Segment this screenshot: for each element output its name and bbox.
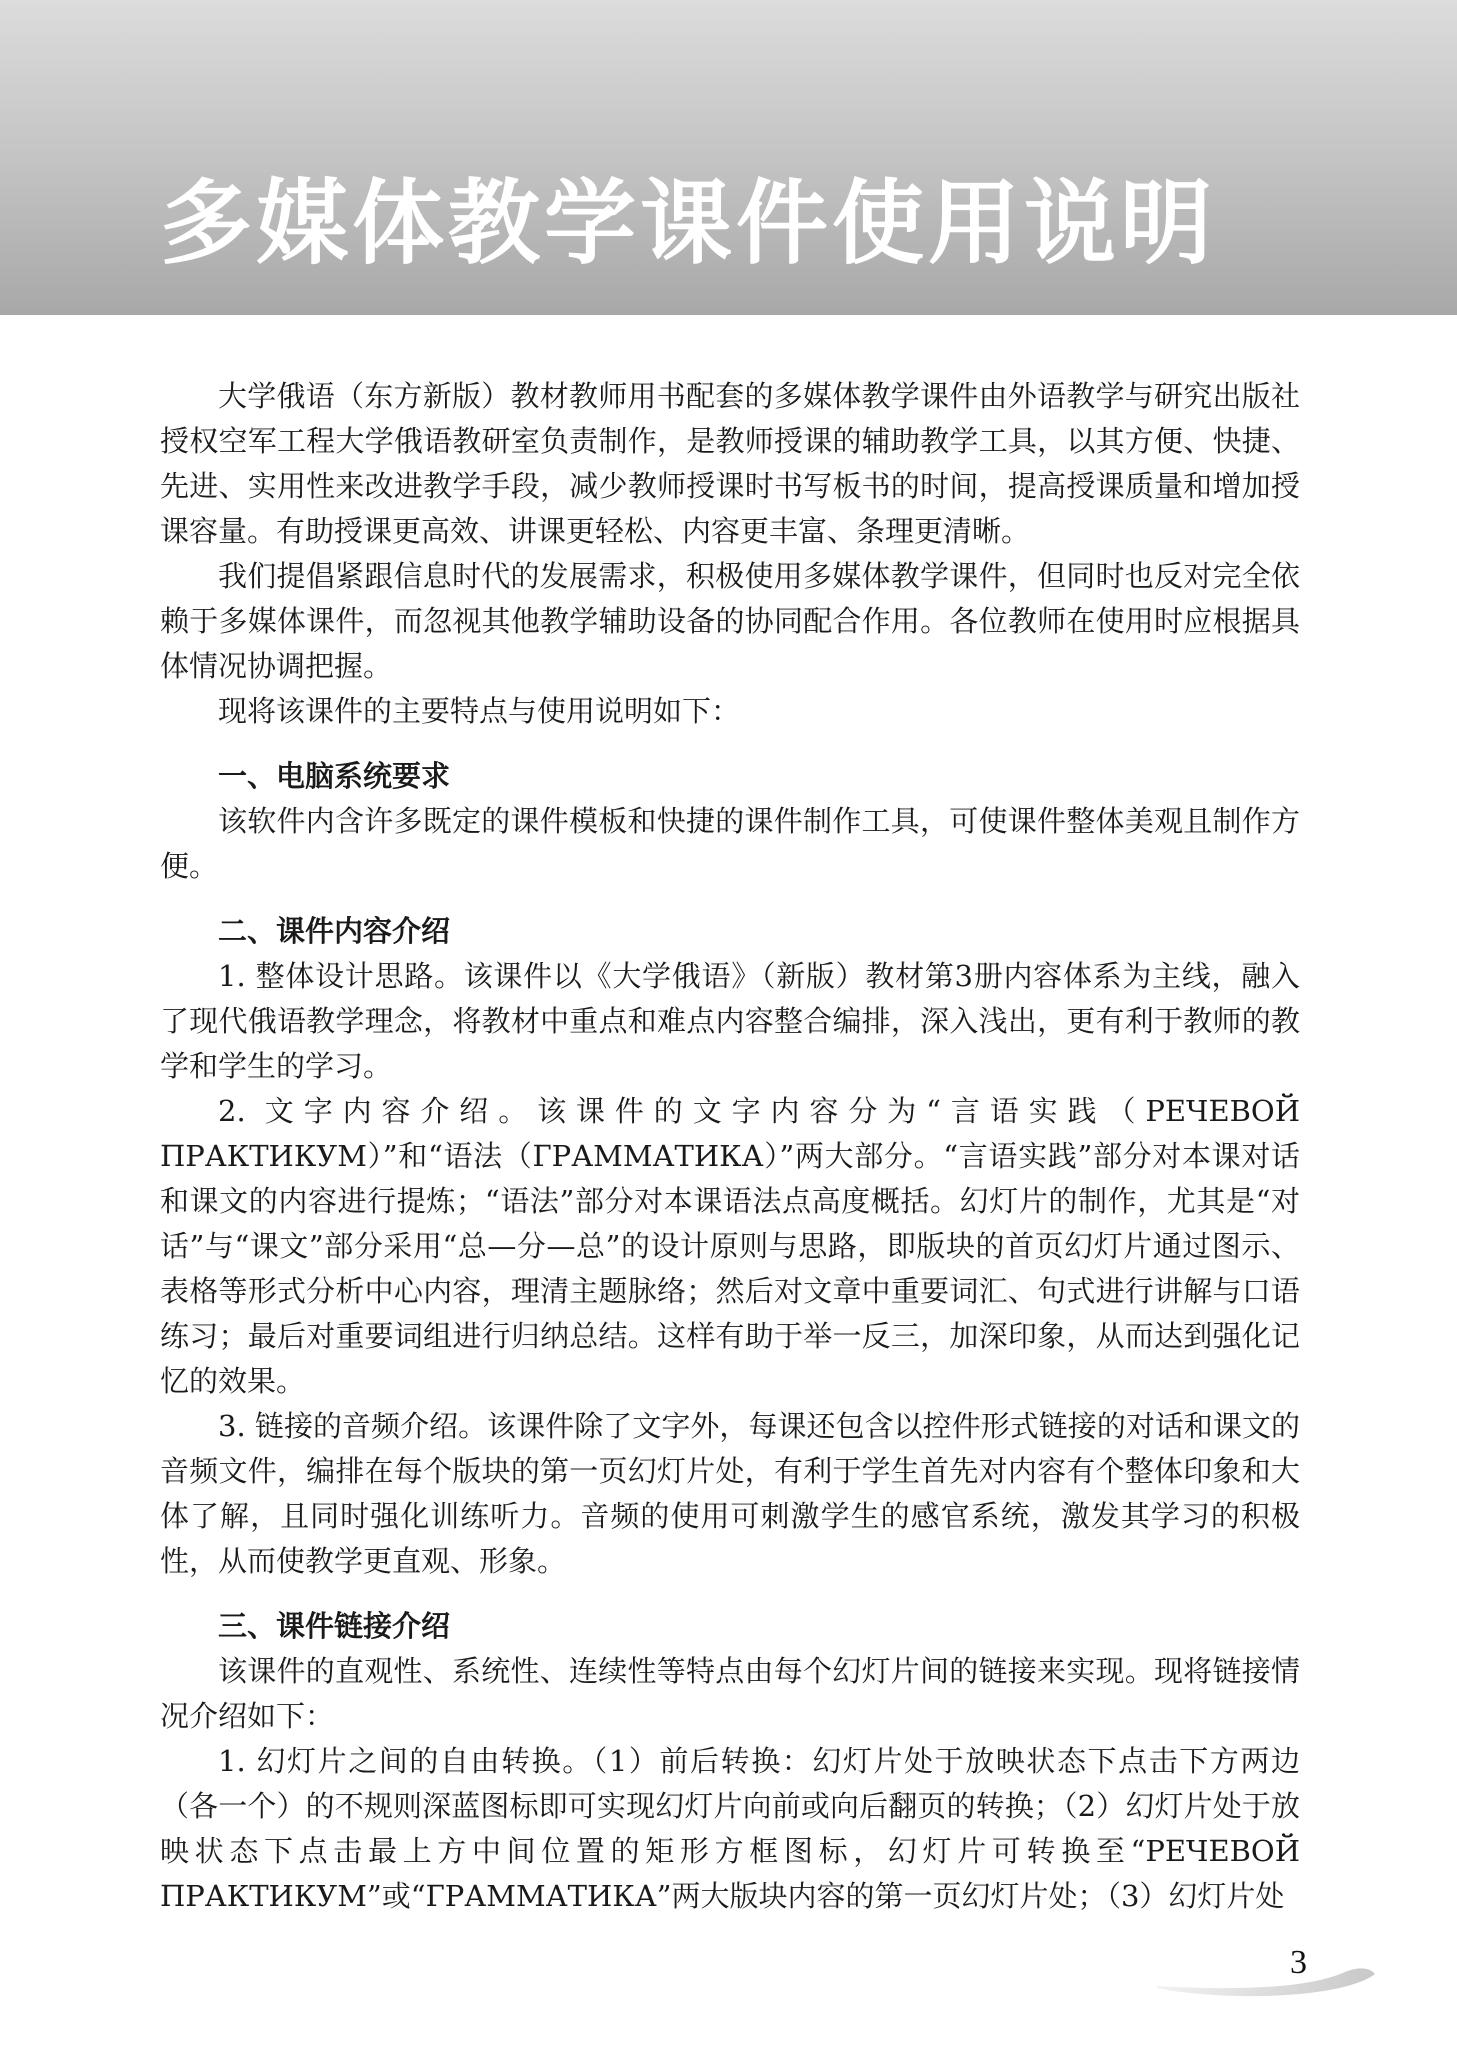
section-heading-system-requirements: 一、电脑系统要求 bbox=[160, 754, 1300, 799]
section-heading-link-intro: 三、课件链接介绍 bbox=[160, 1604, 1300, 1649]
section-paragraph: 该课件的直观性、系统性、连续性等特点由每个幻灯片间的链接来实现。现将链接情况介绍… bbox=[160, 1649, 1300, 1739]
title-banner: 多媒体教学课件使用说明 bbox=[0, 0, 1457, 315]
intro-paragraph: 大学俄语（东方新版）教材教师用书配套的多媒体教学课件由外语教学与研究出版社授权空… bbox=[160, 374, 1300, 554]
section-paragraph: 3. 链接的音频介绍。该课件除了文字外，每课还包含以控件形式链接的对话和课文的音… bbox=[160, 1404, 1300, 1584]
section-heading-content-intro: 二、课件内容介绍 bbox=[160, 909, 1300, 954]
section-paragraph: 1. 整体设计思路。该课件以《大学俄语》（新版）教材第3册内容体系为主线，融入了… bbox=[160, 954, 1300, 1089]
section-paragraph: 2. 文字内容介绍。该课件的文字内容分为“言语实践（РЕЧЕВОЙ ПРАКТИ… bbox=[160, 1089, 1300, 1404]
intro-paragraph: 我们提倡紧跟信息时代的发展需求，积极使用多媒体教学课件，但同时也反对完全依赖于多… bbox=[160, 554, 1300, 689]
document-body: 大学俄语（东方新版）教材教师用书配套的多媒体教学课件由外语教学与研究出版社授权空… bbox=[160, 374, 1300, 1919]
swoosh-decoration-icon bbox=[1155, 1960, 1395, 2010]
section-paragraph: 1. 幻灯片之间的自由转换。（1）前后转换：幻灯片处于放映状态下点击下方两边（各… bbox=[160, 1739, 1300, 1919]
page-title: 多媒体教学课件使用说明 bbox=[160, 178, 1216, 270]
section-paragraph: 该软件内含许多既定的课件模板和快捷的课件制作工具，可使课件整体美观且制作方便。 bbox=[160, 799, 1300, 889]
intro-paragraph: 现将该课件的主要特点与使用说明如下： bbox=[160, 689, 1300, 734]
